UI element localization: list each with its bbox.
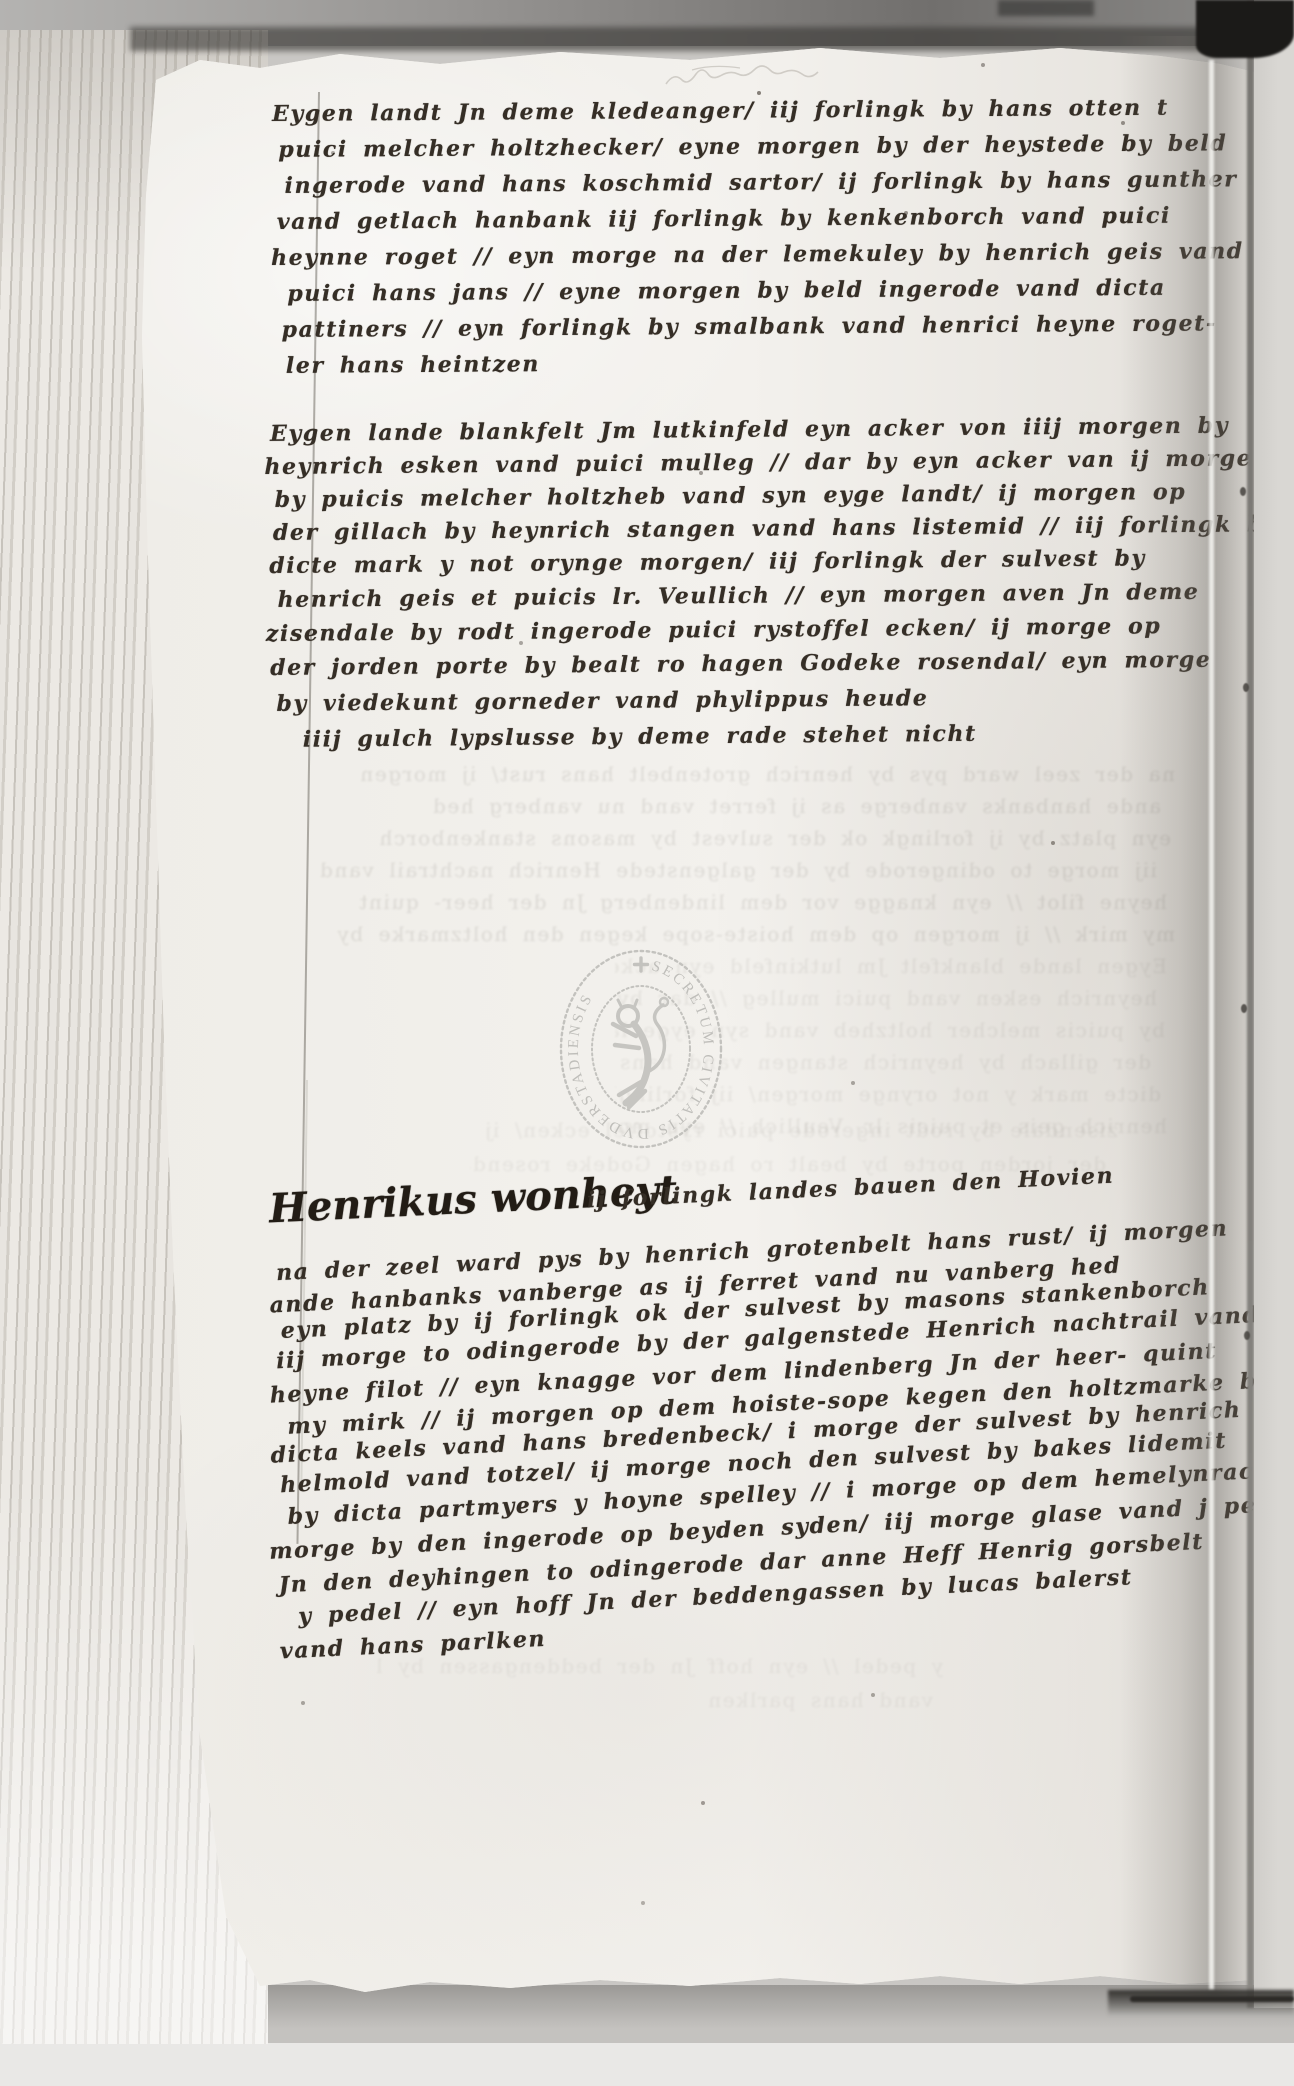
city-seal-stamp: SECRETUM CIVITATIS DVDERSTADIENSIS	[556, 944, 726, 1154]
page-bottom-crease	[1130, 1996, 1294, 2002]
text-block-2: Eygen lande blankfelt Jm lutkinfeld eyn …	[262, 412, 1195, 765]
seal-cross-icon	[635, 958, 648, 971]
manuscript-line: iiij gulch lypslusse by deme rade stehet…	[303, 720, 977, 754]
manuscript-line: heynrich esken vand puici mulleg // dar …	[264, 444, 1252, 481]
manuscript-line: ler hans heintzen	[286, 350, 540, 380]
adjacent-leaf	[1254, 0, 1294, 2008]
manuscript-line: der jorden porte by bealt ro hagen Godek…	[270, 646, 1211, 682]
paper-speckles	[0, 0, 2, 2]
page-fore-edge-highlight	[1209, 60, 1214, 1990]
manuscript-line: puici hans jans // eyne morgen by beld i…	[287, 274, 1166, 308]
sewing-dot	[1244, 1331, 1250, 1340]
faint-marginal-scribble	[662, 58, 832, 94]
sewing-dot	[1240, 487, 1246, 496]
binding-shadow-top-right	[1196, 0, 1294, 58]
manuscript-line: dicte mark y not orynge morgen/ iij forl…	[269, 544, 1146, 580]
manuscript-line: vand getlach hanbank iij forlingk by ken…	[277, 202, 1171, 236]
sewing-dot	[1243, 683, 1249, 692]
manuscript-line: by viedekunt gorneder vand phylippus heu…	[276, 684, 928, 718]
binding-shadow-bottom-right	[1108, 1990, 1294, 2016]
sewing-dot	[1241, 1004, 1247, 1013]
text-block-3: Henrikus wonheyt ij forlingk landes baue…	[256, 1142, 1209, 1685]
table-surface-strip	[0, 2043, 1294, 2086]
manuscript-line: heynne roget // eyn morge na der lemekul…	[271, 237, 1244, 272]
manuscript-line: henrich geis et puicis lr. Veullich // e…	[277, 578, 1199, 614]
binding-shadow-top	[998, 0, 1094, 16]
manuscript-line: puici melcher holtzhecker/ eyne morgen b…	[278, 129, 1227, 164]
manuscript-line: Eygen landt Jn deme kledeanger/ iij forl…	[272, 94, 1169, 128]
page-top-edge-shadow	[130, 27, 1294, 51]
manuscript-line: ingerode vand hans koschmid sartor/ ij f…	[285, 165, 1238, 200]
manuscript-line: by puicis melcher holtzheb vand syn eyge…	[275, 478, 1187, 514]
manuscript-line: zisendale by rodt ingerode puici rystoff…	[266, 612, 1162, 648]
rampant-lion-icon	[613, 998, 668, 1107]
text-block-1: Eygen landt Jn deme kledeanger/ iij forl…	[268, 94, 1190, 390]
manuscript-line: vand hans parlken	[279, 1625, 546, 1666]
manuscript-line: pattiners // eyn forlingk by smalbank va…	[282, 309, 1217, 344]
manuscript-line: der gillach by heynrich stangen vand han…	[273, 510, 1279, 547]
gutter-crease	[1247, 0, 1254, 2008]
scanned-manuscript-photo: { "document": { "kind": "handwritten man…	[0, 0, 1294, 2086]
